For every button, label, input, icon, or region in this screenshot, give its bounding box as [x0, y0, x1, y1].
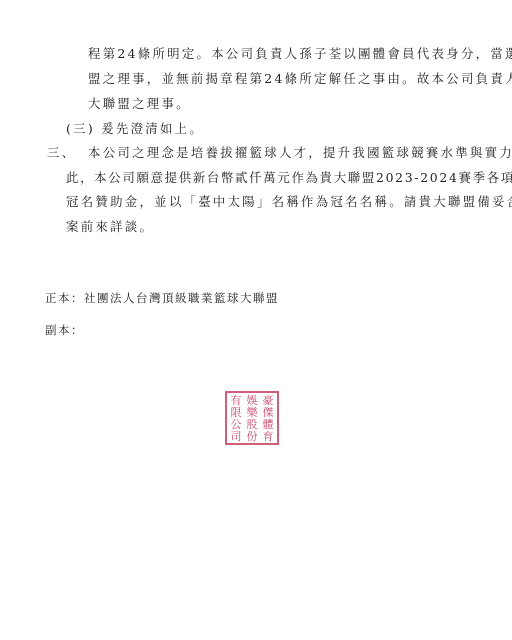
paragraph-line: 盟之理事，並無前揭章程第24條所定解任之事由。故本公司負責人仍為貴 [88, 69, 512, 87]
item-number: 三、 [47, 143, 76, 161]
seal-column: 有限公司 [231, 395, 242, 441]
sub-item-line: (三) 爰先澄清如上。 [66, 119, 204, 137]
recipient-label: 正本：社團法人台灣頂級職業籃球大聯盟 [45, 290, 279, 306]
seal-column: 豪傑體育 [263, 395, 274, 441]
paragraph-line: 程第24條所明定。本公司負責人孫子荃以團體會員代表身分，當選貴大聯 [88, 44, 512, 62]
seal-char: 育 [263, 431, 274, 443]
company-seal: 豪傑體育 娛樂股份 有限公司 [225, 391, 279, 445]
cc-label: 副本： [45, 322, 84, 338]
paragraph-line: 冠名贊助金，並以「臺中太陽」名稱作為冠名名稱。請貴大聯盟備妥合作方 [66, 192, 512, 210]
paragraph-line: 本公司之理念是培養拔擢籃球人才，提升我國籃球競賽水準與實力。因 [88, 143, 512, 161]
paragraph-line: 案前來詳談。 [66, 217, 154, 235]
paragraph-line: 大聯盟之理事。 [88, 94, 191, 112]
seal-char: 份 [247, 431, 258, 443]
seal-column: 娛樂股份 [247, 395, 258, 441]
paragraph-line: 此，本公司願意提供新台幣貳仟萬元作為貴大聯盟2023-2024賽季各項賽事之 [66, 168, 512, 186]
seal-char: 司 [231, 431, 242, 443]
